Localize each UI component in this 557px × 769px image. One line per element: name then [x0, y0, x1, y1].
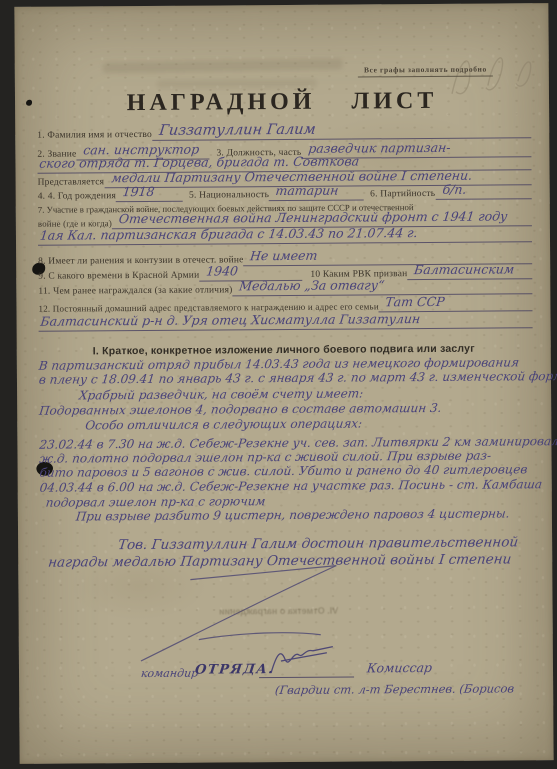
commander-label: командир	[141, 664, 198, 682]
bleedthrough-text: VI. Отметка о награждении	[189, 605, 369, 616]
commander-signature	[267, 645, 347, 678]
commissar-label: Комиссар	[367, 659, 432, 677]
scanned-award-sheet: Все графы заполнять подробно НАГРАДНОЙ Л…	[14, 3, 553, 764]
commissar-name-line: (Гвардии ст. л-т Берестнев. (Борисов	[275, 679, 514, 699]
